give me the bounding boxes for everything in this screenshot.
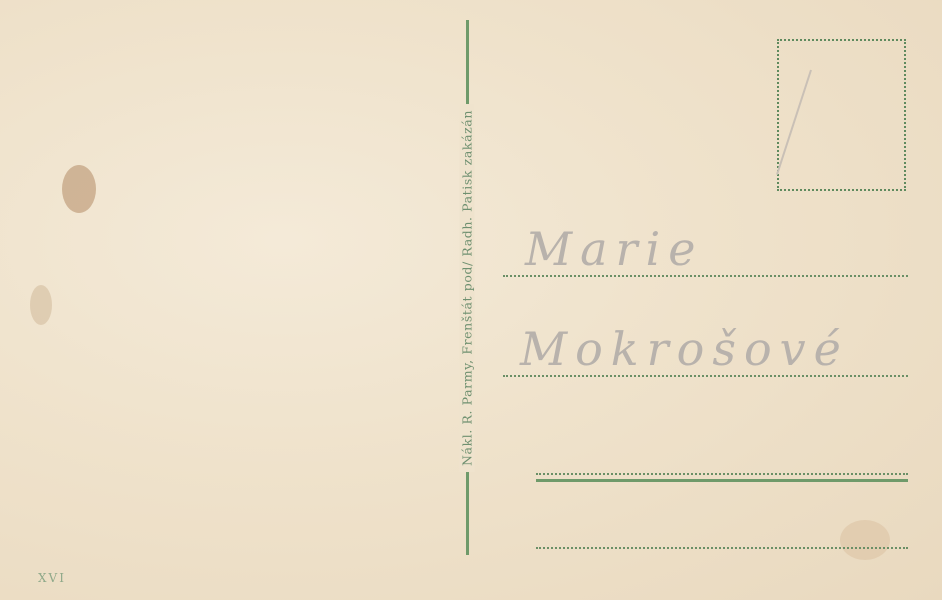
- publisher-imprint: Nákl. R. Parmy, Frenštát pod/ Radh. Pati…: [460, 104, 475, 472]
- address-line-3: [536, 473, 908, 475]
- address-underline: [536, 479, 908, 482]
- address-line-2: [503, 375, 908, 377]
- series-number: XVI: [38, 571, 66, 585]
- address-line-4: [536, 547, 908, 549]
- stain: [62, 165, 96, 213]
- stain: [840, 520, 890, 560]
- address-line-1-handwriting: Marie: [525, 222, 703, 276]
- stain: [30, 285, 52, 325]
- address-line-2-handwriting: Mokrošové: [520, 322, 849, 376]
- address-line-1: [503, 275, 908, 277]
